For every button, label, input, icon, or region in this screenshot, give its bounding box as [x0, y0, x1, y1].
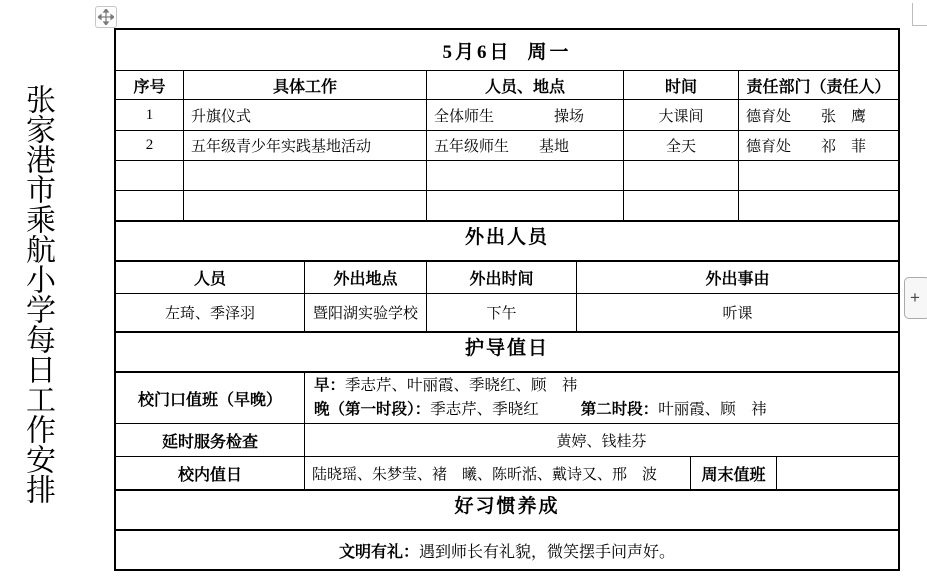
gate-duty-morning-line: 早：季志芹、叶丽霞、季晓红、顾 祎: [314, 374, 898, 398]
gate-duty-label[interactable]: 校门口值班（早晚）: [116, 373, 304, 423]
work-row-3-task[interactable]: [183, 161, 426, 190]
work-row-4-seq[interactable]: [116, 191, 183, 220]
work-row-4-people-place[interactable]: [426, 191, 623, 220]
table-row: [116, 160, 898, 190]
evening-slot2-names: 叶丽霞、顾 祎: [658, 401, 767, 418]
work-row-2-time[interactable]: 全天: [623, 131, 738, 160]
table-row: 左琦、季泽羽 暨阳湖实验学校 下午 听课: [116, 293, 898, 331]
table-row: 校门口值班（早晚） 早：季志芹、叶丽霞、季晓红、顾 祎 晚（第一时段）：季志芹、…: [116, 371, 898, 423]
work-row-2-task[interactable]: 五年级青少年实践基地活动: [183, 131, 426, 160]
morning-names: 季志芹、叶丽霞、季晓红、顾 祎: [345, 377, 578, 394]
insert-plus-button[interactable]: +: [904, 277, 927, 319]
table-move-handle[interactable]: [95, 6, 117, 28]
work-row-4-task[interactable]: [183, 191, 426, 220]
work-row-3-dept[interactable]: [738, 161, 898, 190]
table-row: 校内值日 陆晓瑶、朱梦莹、褚 曦、陈昕湉、戴诗又、邢 波 周末值班: [116, 456, 898, 489]
page-margin-mark-vertical: [912, 3, 913, 25]
outing-reason[interactable]: 听课: [576, 294, 898, 331]
col-header-dept[interactable]: 责任部门（责任人）: [738, 71, 898, 99]
outing-col-people[interactable]: 人员: [116, 262, 304, 293]
campus-duty-names[interactable]: 陆晓瑶、朱梦莹、褚 曦、陈昕湉、戴诗又、邢 波: [304, 457, 690, 489]
weekend-duty-names[interactable]: [776, 457, 898, 489]
daily-schedule-table: 5月6日 周一 序号 具体工作 人员、地点 时间 责任部门（责任人） 1 升旗仪…: [114, 28, 900, 571]
escort-section-title[interactable]: 护导值日: [116, 331, 898, 371]
habit-section-title[interactable]: 好习惯养成: [116, 489, 898, 529]
work-row-4-dept[interactable]: [738, 191, 898, 220]
work-table-header-row: 序号 具体工作 人员、地点 时间 责任部门（责任人）: [116, 70, 898, 99]
evening-slot1-label: 晚（第一时段）：: [314, 401, 430, 418]
outing-section-title[interactable]: 外出人员: [116, 220, 898, 260]
work-row-1-time[interactable]: 大课间: [623, 100, 738, 130]
weekday-text: 周一: [528, 37, 572, 64]
col-header-people-place[interactable]: 人员、地点: [426, 71, 623, 99]
outing-header-row: 人员 外出地点 外出时间 外出事由: [116, 260, 898, 293]
evening-slot2-label: 第二时段：: [581, 401, 659, 418]
outing-time[interactable]: 下午: [426, 294, 576, 331]
weekend-duty-label[interactable]: 周末值班: [690, 457, 776, 489]
date-text: 5月6日: [442, 37, 511, 64]
outing-col-place[interactable]: 外出地点: [304, 262, 426, 293]
work-row-1-people-place[interactable]: 全体师生 操场: [426, 100, 623, 130]
morning-label: 早：: [314, 377, 345, 394]
document-vertical-title[interactable]: 张家港市乘航小学每日工作安排: [20, 84, 54, 514]
col-header-task[interactable]: 具体工作: [183, 71, 426, 99]
habit-content-cell: 文明有礼：遇到师长有礼貌，微笑摆手问声好。: [116, 531, 898, 569]
work-row-4-time[interactable]: [623, 191, 738, 220]
delay-check-label[interactable]: 延时服务检查: [116, 424, 304, 456]
habit-content-row[interactable]: 文明有礼：遇到师长有礼貌，微笑摆手问声好。: [116, 529, 898, 569]
work-row-2-seq[interactable]: 2: [116, 131, 183, 160]
outing-col-reason[interactable]: 外出事由: [576, 262, 898, 293]
page-margin-mark-horizontal: [912, 25, 927, 26]
col-header-time[interactable]: 时间: [623, 71, 738, 99]
delay-check-names[interactable]: 黄婷、钱桂芬: [304, 424, 898, 456]
work-row-3-people-place[interactable]: [426, 161, 623, 190]
move-arrows-icon: [98, 9, 114, 25]
campus-duty-label[interactable]: 校内值日: [116, 457, 304, 489]
col-header-seq[interactable]: 序号: [116, 71, 183, 99]
habit-label: 文明有礼：: [339, 539, 419, 562]
table-row: [116, 190, 898, 220]
outing-people[interactable]: 左琦、季泽羽: [116, 294, 304, 331]
habit-text: 遇到师长有礼貌，微笑摆手问声好。: [419, 539, 675, 562]
work-row-3-seq[interactable]: [116, 161, 183, 190]
evening-slot1-names: 季志芹、季晓红: [430, 401, 539, 418]
table-row: 延时服务检查 黄婷、钱桂芬: [116, 423, 898, 456]
work-row-2-people-place[interactable]: 五年级师生 基地: [426, 131, 623, 160]
work-row-1-seq[interactable]: 1: [116, 100, 183, 130]
outing-place[interactable]: 暨阳湖实验学校: [304, 294, 426, 331]
outing-col-time[interactable]: 外出时间: [426, 262, 576, 293]
work-row-1-task[interactable]: 升旗仪式: [183, 100, 426, 130]
table-row: 1 升旗仪式 全体师生 操场 大课间 德育处 张 鹰: [116, 99, 898, 130]
work-row-2-dept[interactable]: 德育处 祁 菲: [738, 131, 898, 160]
date-header-row[interactable]: 5月6日 周一: [116, 30, 898, 70]
gate-duty-evening-line: 晚（第一时段）：季志芹、季晓红第二时段：叶丽霞、顾 祎: [314, 398, 898, 422]
word-canvas: { "page": { "vertical_title": "张家港市乘航小学每…: [0, 0, 927, 579]
work-row-1-dept[interactable]: 德育处 张 鹰: [738, 100, 898, 130]
table-row: 2 五年级青少年实践基地活动 五年级师生 基地 全天 德育处 祁 菲: [116, 130, 898, 160]
work-row-3-time[interactable]: [623, 161, 738, 190]
gate-duty-content[interactable]: 早：季志芹、叶丽霞、季晓红、顾 祎 晚（第一时段）：季志芹、季晓红第二时段：叶丽…: [304, 373, 898, 423]
